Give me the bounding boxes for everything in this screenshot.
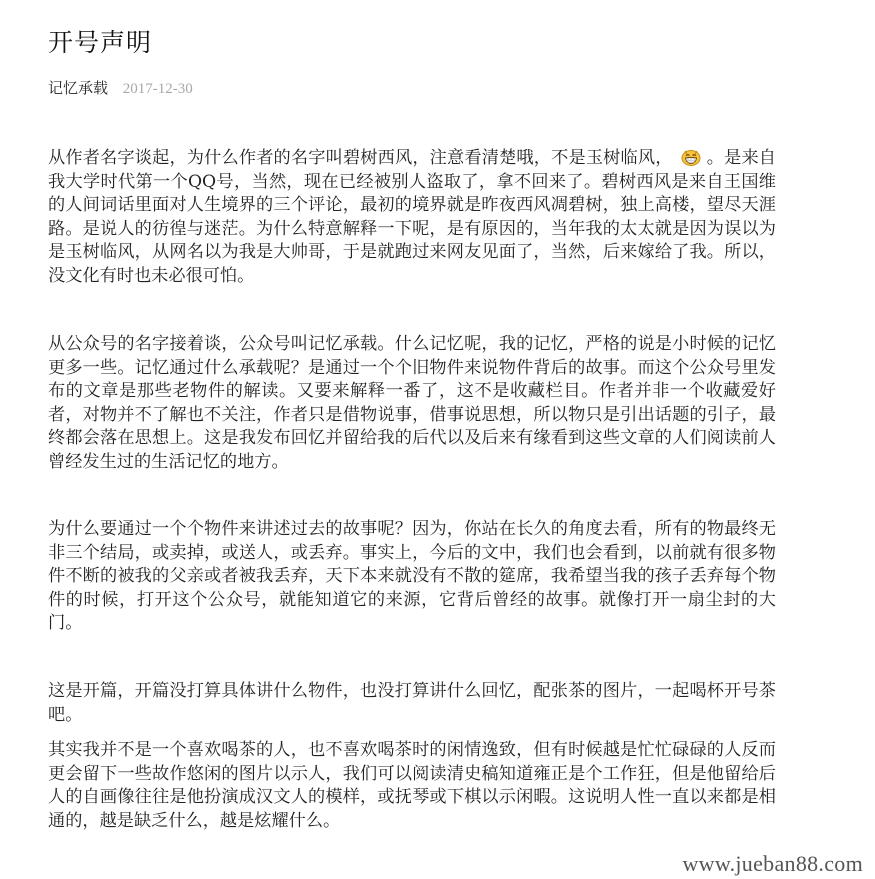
paragraph-3: 为什么要通过一个个物件来讲述过去的故事呢？因为，你站在长久的角度去看，所有的物最… (48, 518, 776, 636)
paragraph-4: 这是开篇，开篇没打算具体讲什么物件，也没打算讲什么回忆，配张茶的图片，一起喝杯开… (48, 680, 776, 727)
paragraph-1-text-b: 。是来自我大学时代第一个QQ号，当然，现在已经被别人盗取了，拿不回来了。碧树西风… (48, 148, 776, 286)
paragraph-5: 其实我并不是一个喜欢喝茶的人，也不喜欢喝茶时的闲情逸致，但有时候越是忙忙碌碌的人… (48, 739, 776, 833)
author-name[interactable]: 记忆承载 (48, 79, 108, 97)
paragraph-2: 从公众号的名字接着谈，公众号叫记忆承载。什么记忆呢，我的记忆，严格的说是小时候的… (48, 333, 776, 475)
publish-date: 2017-12-30 (123, 81, 193, 97)
paragraph-1-text-a: 从作者名字谈起，为什么作者的名字叫碧树西风，注意看清楚哦，不是玉树临风， (48, 148, 673, 168)
article-meta: 记忆承载 2017-12-30 (48, 78, 193, 99)
paragraph-1: 从作者名字谈起，为什么作者的名字叫碧树西风，注意看清楚哦，不是玉树临风， 。是来… (48, 147, 776, 289)
site-watermark: www.jueban88.com (682, 851, 863, 877)
grinning-face-icon (681, 148, 701, 166)
article-title: 开号声明 (48, 26, 152, 60)
